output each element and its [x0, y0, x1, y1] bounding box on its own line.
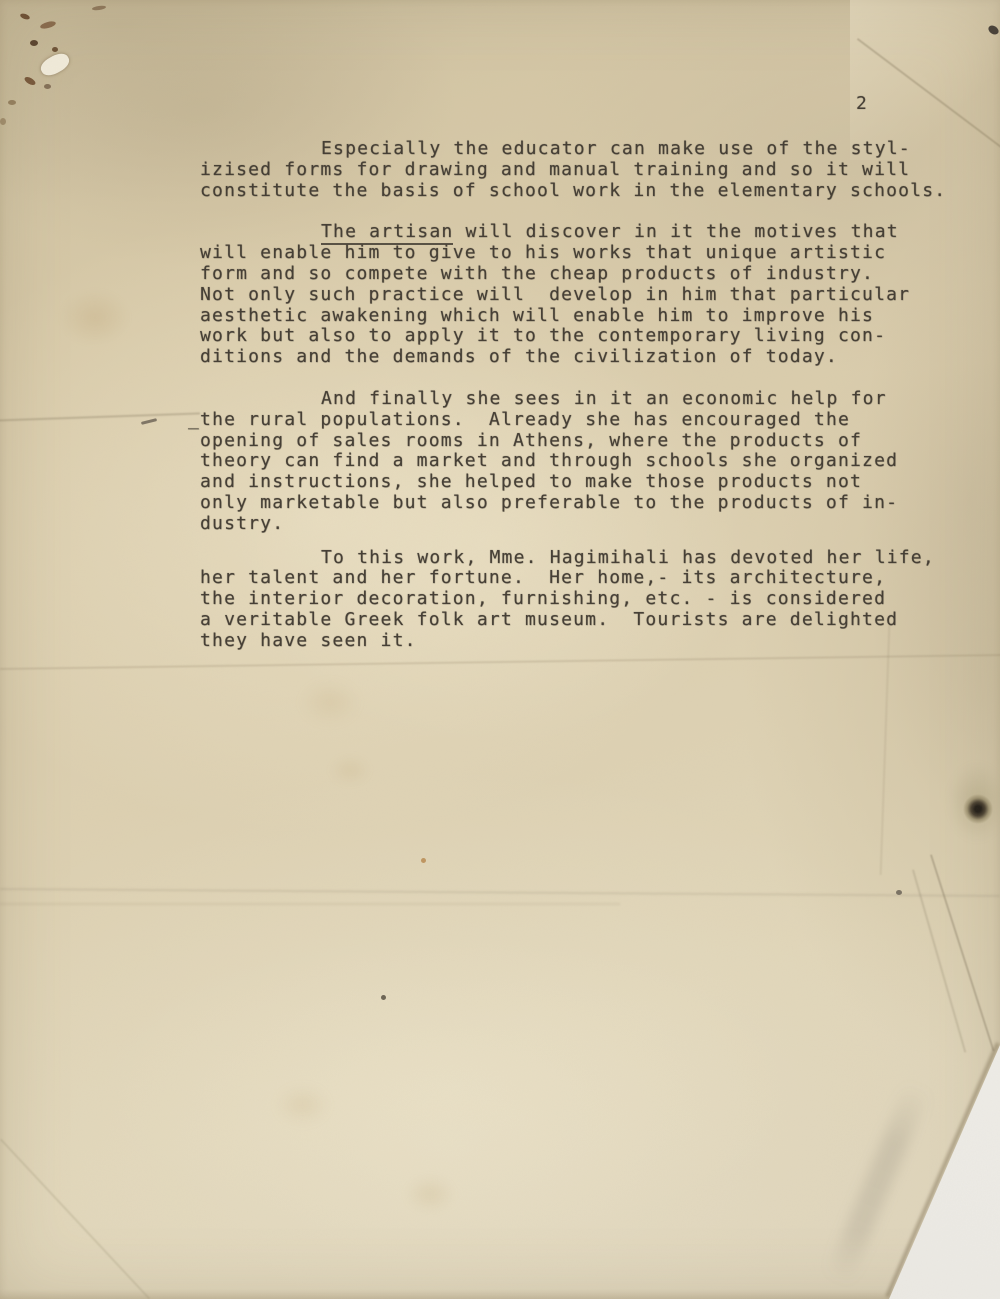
paper-damage-speck — [23, 75, 36, 86]
typewritten-line: _the rural populations. Already she has … — [200, 410, 980, 431]
fold-highlight-top-right — [850, 0, 1000, 160]
crease-mark — [0, 888, 1000, 897]
ink-blot — [963, 794, 993, 824]
stain-dot — [421, 858, 426, 863]
crease-mark — [930, 854, 995, 1051]
crease-mark — [0, 654, 1000, 670]
paper-tear-white-patch — [38, 50, 72, 79]
paper-damage-speck — [44, 84, 51, 89]
highlight-bottom — [90, 930, 810, 1250]
typewritten-line: constitute the basis of school work in t… — [200, 181, 980, 202]
typewritten-line: aesthetic awakening which will enable hi… — [200, 306, 980, 327]
paper-damage-speck — [30, 40, 38, 46]
page-number: 2 — [856, 94, 867, 115]
typewritten-line: a veritable Greek folk art museum. Touri… — [200, 610, 980, 631]
stain-fleck — [896, 890, 902, 895]
paper-page: 2 Especially the educator can make use o… — [0, 0, 1000, 1299]
stain-spot — [330, 755, 370, 785]
typewritten-line: izised forms for drawing and manual trai… — [200, 160, 980, 181]
pencil-dash — [141, 418, 157, 425]
crease-mark — [880, 625, 891, 875]
typewritten-line: opening of sales rooms in Athens, where … — [200, 431, 980, 452]
stain-spot — [60, 290, 130, 345]
paragraph: The artisan will discover in it the moti… — [200, 222, 980, 368]
typewritten-line: ditions and the demands of the civilizat… — [200, 347, 980, 368]
stain-spot — [300, 680, 360, 725]
typewritten-line: and instructions, she helped to make tho… — [200, 472, 980, 493]
paragraph: To this work, Mme. Hagimihali has devote… — [200, 548, 980, 652]
typewritten-line: will enable him to give to his works tha… — [200, 243, 980, 264]
bottom-edge-shade — [0, 1289, 1000, 1299]
crease-mark — [0, 903, 620, 905]
ink-blot-halo — [948, 763, 1000, 841]
paper-damage-speck — [39, 20, 56, 30]
typewritten-line: work but also to apply it to the contemp… — [200, 326, 980, 347]
torn-corner-smudge — [825, 1081, 930, 1285]
stain-dot — [381, 995, 386, 1000]
crease-mark — [0, 412, 200, 421]
stain-spot — [275, 1085, 330, 1125]
typewritten-line: form and so compete with the cheap produ… — [200, 264, 980, 285]
crease-mark — [912, 869, 966, 1052]
paper-damage-speck — [0, 118, 6, 125]
typewritten-line: And finally she sees in it an economic h… — [200, 389, 980, 410]
typewritten-line: theory can find a market and through sch… — [200, 451, 980, 472]
typewritten-line: Especially the educator can make use of … — [200, 139, 980, 160]
typewritten-line: they have seen it. — [200, 631, 980, 652]
typewritten-line: The artisan will discover in it the moti… — [200, 222, 980, 243]
typewritten-line: her talent and her fortune. Her home,- i… — [200, 568, 980, 589]
paragraph: And finally she sees in it an economic h… — [200, 389, 980, 535]
typewritten-line: dustry. — [200, 514, 980, 535]
paragraph: Especially the educator can make use of … — [200, 139, 980, 201]
scanned-document: 2 Especially the educator can make use o… — [0, 0, 1000, 1299]
paper-damage-speck — [19, 12, 30, 20]
paper-damage-speck — [92, 5, 106, 11]
typewritten-line: the interior decoration, furnishing, etc… — [200, 589, 980, 610]
crease-mark — [0, 1139, 150, 1299]
torn-corner-edge-shadow — [885, 1042, 1000, 1297]
text-block: Especially the educator can make use of … — [200, 139, 980, 652]
typewritten-line: only marketable but also preferable to t… — [200, 493, 980, 514]
typewritten-line: To this work, Mme. Hagimihali has devote… — [200, 548, 980, 569]
typewritten-line: Not only such practice will develop in h… — [200, 285, 980, 306]
paper-damage-speck — [52, 47, 58, 52]
paper-damage-speck — [987, 24, 1000, 37]
paper-damage-speck — [8, 100, 16, 105]
stain-spot — [405, 1175, 455, 1213]
